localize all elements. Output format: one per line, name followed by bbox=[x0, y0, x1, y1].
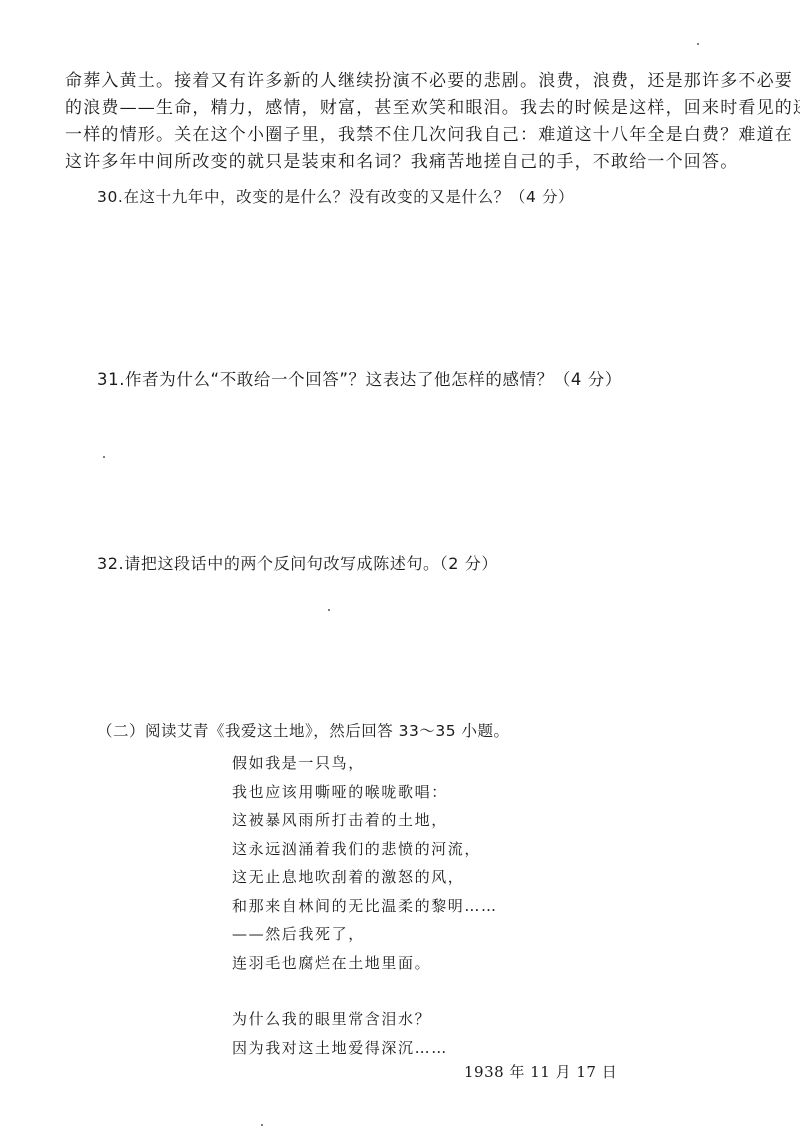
scan-speck bbox=[697, 43, 699, 45]
section-header: （二）阅读艾青《我爱这土地》，然后回答 33～35 小题。 bbox=[97, 719, 510, 741]
passage-line: 一样的情形。关在这个小圈子里，我禁不住几次问我自己：难道这十八年全是白费？难道在 bbox=[65, 122, 741, 149]
question-number: 31. bbox=[97, 370, 125, 389]
poem-line: 因为我对这土地爱得深沉…… bbox=[232, 1034, 498, 1063]
question-number: 30. bbox=[97, 188, 123, 206]
scan-speck bbox=[261, 1124, 263, 1126]
scan-speck bbox=[103, 456, 105, 458]
reading-passage-excerpt: 命葬入黄土。接着又有许多新的人继续扮演不必要的悲剧。浪费，浪费，还是那许多不必要… bbox=[65, 68, 741, 176]
poem-line: 为什么我的眼里常含泪水？ bbox=[232, 1005, 498, 1034]
scan-speck bbox=[328, 609, 330, 611]
stanza-break bbox=[232, 977, 498, 1005]
question-30: 30.在这十九年中，改变的是什么？没有改变的又是什么？（4 分） bbox=[97, 185, 574, 207]
passage-line: 的浪费——生命，精力，感情，财富，甚至欢笑和眼泪。我去的时候是这样，回来时看见的… bbox=[65, 95, 741, 122]
question-31: 31.作者为什么“不敢给一个回答”？这表达了他怎样的感情？（4 分） bbox=[97, 366, 622, 390]
passage-line: 这许多年中间所改变的就只是装束和名词？我痛苦地搓自己的手，不敢给一个回答。 bbox=[65, 149, 741, 176]
poem-line: 连羽毛也腐烂在土地里面。 bbox=[232, 949, 498, 978]
poem-line: 我也应该用嘶哑的喉咙歌唱： bbox=[232, 778, 498, 807]
poem-line: 和那来自林间的无比温柔的黎明…… bbox=[232, 892, 498, 921]
poem-line: 这永远汹涌着我们的悲愤的河流， bbox=[232, 835, 498, 864]
poem-date: 1938 年 11 月 17 日 bbox=[464, 1061, 617, 1082]
question-text: 在这十九年中，改变的是什么？没有改变的又是什么？（4 分） bbox=[123, 188, 574, 206]
question-number: 32. bbox=[97, 554, 124, 573]
question-text: 作者为什么“不敢给一个回答”？这表达了他怎样的感情？（4 分） bbox=[125, 370, 622, 389]
question-32: 32.请把这段话中的两个反问句改写成陈述句。（2 分） bbox=[97, 551, 498, 574]
exam-page: 命葬入黄土。接着又有许多新的人继续扮演不必要的悲剧。浪费，浪费，还是那许多不必要… bbox=[0, 0, 800, 1145]
poem-i-love-this-land: 假如我是一只鸟， 我也应该用嘶哑的喉咙歌唱： 这被暴风雨所打击着的土地， 这永远… bbox=[232, 749, 498, 1062]
poem-line: ——然后我死了， bbox=[232, 920, 498, 949]
passage-line: 命葬入黄土。接着又有许多新的人继续扮演不必要的悲剧。浪费，浪费，还是那许多不必要 bbox=[65, 68, 741, 95]
poem-line: 这被暴风雨所打击着的土地， bbox=[232, 806, 498, 835]
question-text: 请把这段话中的两个反问句改写成陈述句。（2 分） bbox=[124, 554, 498, 573]
poem-line: 假如我是一只鸟， bbox=[232, 749, 498, 778]
poem-line: 这无止息地吹刮着的激怒的风， bbox=[232, 863, 498, 892]
